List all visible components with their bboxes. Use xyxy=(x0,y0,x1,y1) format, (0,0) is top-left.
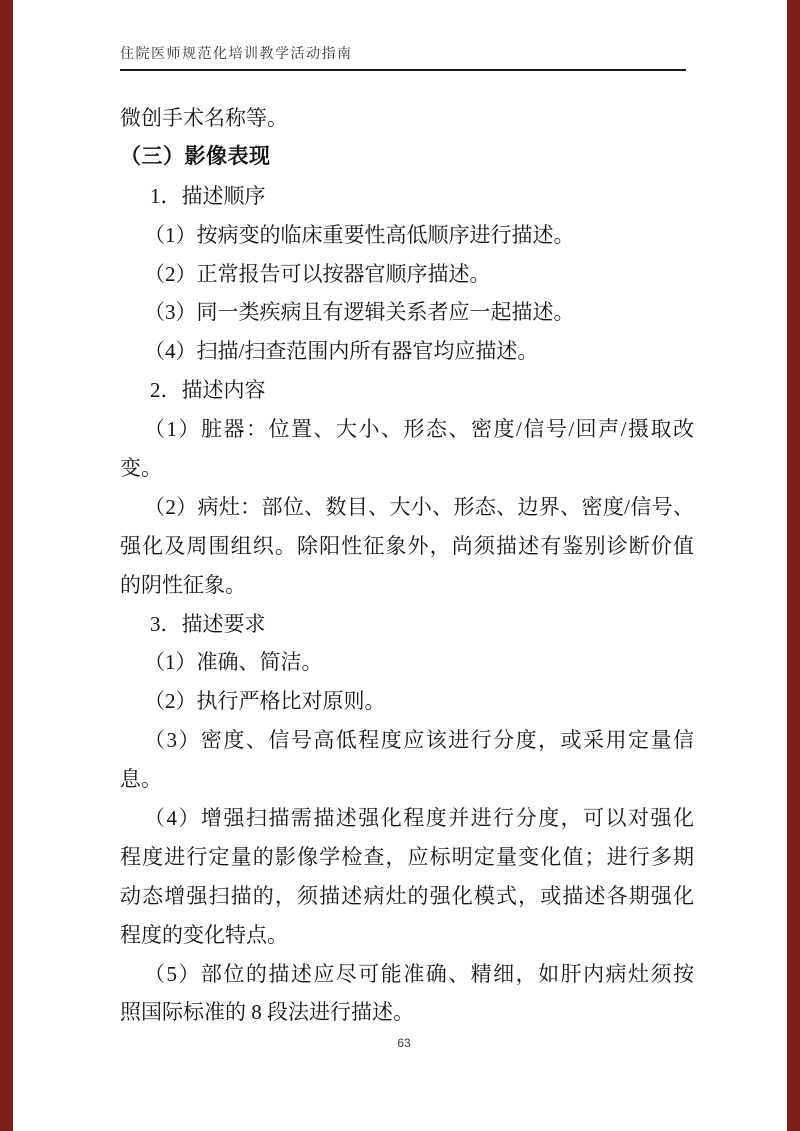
body-line: 照国际标准的 8 段法进行描述。 xyxy=(120,993,694,1032)
book-cover-edge-right xyxy=(787,0,800,1131)
body-line: （2）病灶：部位、数目、大小、形态、边界、密度/信号、 xyxy=(120,488,694,527)
body-line: 程度的变化特点。 xyxy=(120,916,694,955)
body-line: （3）密度、信号高低程度应该进行分度，或采用定量信 xyxy=(120,721,694,760)
body-line: 强化及周围组织。除阳性征象外，尚须描述有鉴别诊断价值 xyxy=(120,527,694,566)
book-cover-edge-left xyxy=(0,0,13,1131)
page-header: 住院医师规范化培训教学活动指南 xyxy=(120,47,686,71)
body-line: （4）扫描/扫查范围内所有器官均应描述。 xyxy=(120,332,694,371)
body-line: （4）增强扫描需描述强化程度并进行分度，可以对强化 xyxy=(120,799,694,838)
document-page: 住院医师规范化培训教学活动指南 微创手术名称等。 （三）影像表现 1．描述顺序 … xyxy=(0,0,800,1131)
body-line: 1．描述顺序 xyxy=(120,177,694,216)
body-line: 2．描述内容 xyxy=(120,371,694,410)
body-line: 3．描述要求 xyxy=(120,605,694,644)
body-line: （1）按病变的临床重要性高低顺序进行描述。 xyxy=(120,216,694,255)
body-line: 变。 xyxy=(120,449,694,488)
running-header-title: 住院医师规范化培训教学活动指南 xyxy=(120,47,686,63)
body-line: （2）正常报告可以按器官顺序描述。 xyxy=(120,255,694,294)
page-number: 63 xyxy=(120,1036,688,1050)
body-line: （2）执行严格比对原则。 xyxy=(120,682,694,721)
section-heading: （三）影像表现 xyxy=(120,138,694,177)
body-line: 动态增强扫描的，须描述病灶的强化模式，或描述各期强化 xyxy=(120,877,694,916)
body-line: （5）部位的描述应尽可能准确、精细，如肝内病灶须按 xyxy=(120,955,694,994)
body-line: 息。 xyxy=(120,760,694,799)
body-line: （1）脏器：位置、大小、形态、密度/信号/回声/摄取改 xyxy=(120,410,694,449)
body-line: （1）准确、简洁。 xyxy=(120,643,694,682)
body-line: （3）同一类疾病且有逻辑关系者应一起描述。 xyxy=(120,293,694,332)
body-line: 程度进行定量的影像学检查，应标明定量变化值；进行多期 xyxy=(120,838,694,877)
body-line: 的阴性征象。 xyxy=(120,566,694,605)
document-body: 微创手术名称等。 （三）影像表现 1．描述顺序 （1）按病变的临床重要性高低顺序… xyxy=(120,99,694,1032)
header-rule xyxy=(120,69,686,71)
body-line: 微创手术名称等。 xyxy=(120,99,694,138)
